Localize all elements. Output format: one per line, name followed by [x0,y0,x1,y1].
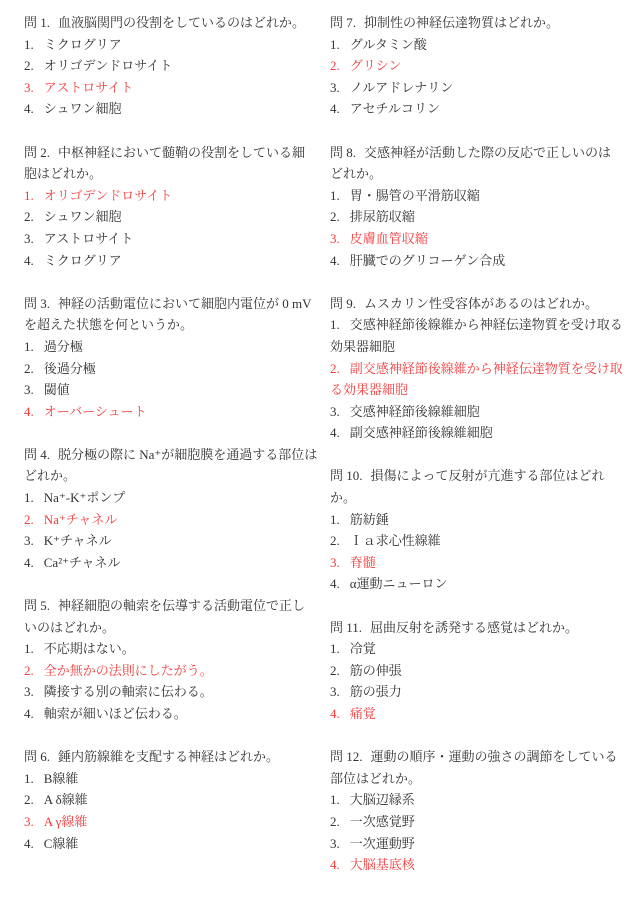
answer-option: 3.脊髄 [330,552,624,574]
answer-option: 1.オリゴデンドロサイト [24,185,318,207]
option-number: 1. [330,641,340,656]
option-number: 1. [24,37,34,52]
question-block: 問 3.神経の活動電位において細胞内電位が 0 mVを超えた状態を何というか。1… [24,293,318,423]
option-text: Ca²⁺チャネル [44,555,121,570]
answer-option: 3.アストロサイト [24,77,318,99]
option-text: A δ線維 [44,792,88,807]
option: 3.K⁺チャネル [24,530,318,552]
question-text: 神経の活動電位において細胞内電位が 0 mVを超えた状態を何というか。 [24,296,312,333]
option-number: 3. [330,80,340,95]
question-number: 問 12. [330,749,363,764]
option: 1.冷覚 [330,638,624,660]
option-text: Ｉａ求心性線維 [350,533,441,548]
option: 2.排尿筋収縮 [330,206,624,228]
option-text: オリゴデンドロサイト [44,58,173,73]
option: 3.アストロサイト [24,228,318,250]
option-number: 4. [24,404,34,419]
option: 2.シュワン細胞 [24,206,318,228]
question-number: 問 11. [330,620,362,635]
question-number: 問 6. [24,749,50,764]
question-block: 問 10.損傷によって反射が亢進する部位はどれか。1.筋紡錘2.Ｉａ求心性線維3… [330,465,624,595]
option-number: 1. [24,490,34,505]
option-text: アストロサイト [44,231,134,246]
option-text: 肝臓でのグリコーゲン合成 [350,253,505,268]
option: 4.肝臓でのグリコーゲン合成 [330,250,624,272]
question-number: 問 1. [24,15,50,30]
option-text: ノルアドレナリン [350,80,453,95]
question-title: 問 11.屈曲反射を誘発する感覚はどれか。 [330,617,624,639]
option-text: 大脳基底核 [350,857,415,872]
option-text: α運動ニューロン [350,576,448,591]
question-text: 屈曲反射を誘発する感覚はどれか。 [370,620,578,635]
question-text: 運動の順序・運動の強さの調節をしている部位はどれか。 [330,749,618,786]
option-text: オリゴデンドロサイト [44,188,173,203]
option-text: オーバーシュート [44,404,147,419]
option-text: 痛覚 [350,706,376,721]
option-number: 3. [330,404,340,419]
option-text: Na⁺チャネル [44,512,118,527]
option-number: 2. [330,814,340,829]
option-number: 3. [330,231,340,246]
option: 1.Na⁺-K⁺ポンプ [24,487,318,509]
question-text: 抑制性の神経伝達物質はどれか。 [364,15,559,30]
option-number: 4. [24,555,34,570]
option-number: 2. [24,58,34,73]
option-text: K⁺チャネル [44,533,112,548]
question-number: 問 7. [330,15,356,30]
question-title: 問 10.損傷によって反射が亢進する部位はどれか。 [330,465,624,508]
question-block: 問 9.ムスカリン性受容体があるのはどれか。1.交感神経節後線維から神経伝達物質… [330,293,624,444]
question-number: 問 4. [24,447,50,462]
option-number: 4. [330,101,340,116]
question-title: 問 6.錘内筋線維を支配する神経はどれか。 [24,746,318,768]
option: 4.C線維 [24,833,318,855]
option-text: 交感神経節後線維細胞 [350,404,480,419]
option-text: 副交感神経節後線維細胞 [350,425,493,440]
question-block: 問 6.錘内筋線維を支配する神経はどれか。1.B線維2.A δ線維3.A γ線維… [24,746,318,854]
question-title: 問 3.神経の活動電位において細胞内電位が 0 mVを超えた状態を何というか。 [24,293,318,336]
question-title: 問 9.ムスカリン性受容体があるのはどれか。 [330,293,624,315]
option-text: A γ線維 [44,814,88,829]
option: 2.一次感覚野 [330,811,624,833]
right-column: 問 7.抑制性の神経伝達物質はどれか。1.グルタミン酸2.グリシン3.ノルアドレ… [330,12,624,897]
option-text: 閾値 [44,382,70,397]
option-text: Na⁺-K⁺ポンプ [44,490,126,505]
left-column: 問 1.血液脳関門の役割をしているのはどれか。1.ミクログリア2.オリゴデンドロ… [24,12,318,897]
option: 1.B線維 [24,768,318,790]
option-number: 4. [24,706,34,721]
option-text: 交感神経節後線維から神経伝達物質を受け取る効果器細胞 [330,317,623,354]
option-number: 3. [24,80,34,95]
option-text: 筋の伸張 [350,663,402,678]
option-text: シュワン細胞 [44,209,122,224]
option: 1.胃・腸管の平滑筋収縮 [330,185,624,207]
option-text: アセチルコリン [350,101,440,116]
answer-option: 2.全か無かの法則にしたがう。 [24,660,318,682]
option-number: 3. [330,836,340,851]
option: 1.グルタミン酸 [330,34,624,56]
option: 1.不応期はない。 [24,638,318,660]
question-number: 問 8. [330,145,356,160]
option-number: 4. [24,836,34,851]
option-text: B線維 [44,771,79,786]
option-text: ミクログリア [44,253,122,268]
option-number: 2. [330,58,340,73]
option-text: 後過分極 [44,361,96,376]
option-text: 一次運動野 [350,836,415,851]
question-block: 問 4.脱分極の際に Na⁺が細胞膜を通過する部位はどれか。1.Na⁺-K⁺ポン… [24,444,318,574]
option-number: 2. [24,663,34,678]
option-text: ミクログリア [44,37,122,52]
option-number: 1. [330,37,340,52]
option-text: グルタミン酸 [350,37,427,52]
answer-option: 3.A γ線維 [24,811,318,833]
option: 3.隣接する別の軸索に伝わる。 [24,681,318,703]
option-number: 2. [330,361,340,376]
option-text: C線維 [44,836,79,851]
question-block: 問 11.屈曲反射を誘発する感覚はどれか。1.冷覚2.筋の伸張3.筋の張力4.痛… [330,617,624,725]
question-text: 神経細胞の軸索を伝導する活動電位で正しいのはどれか。 [24,598,305,635]
question-title: 問 7.抑制性の神経伝達物質はどれか。 [330,12,624,34]
answer-option: 2.副交感神経節後線維から神経伝達物質を受け取る効果器細胞 [330,358,624,401]
answer-option: 2.Na⁺チャネル [24,509,318,531]
option-number: 3. [24,814,34,829]
question-number: 問 5. [24,598,50,613]
option: 4.アセチルコリン [330,98,624,120]
question-block: 問 12.運動の順序・運動の強さの調節をしている部位はどれか。1.大脳辺縁系2.… [330,746,624,876]
option: 4.Ca²⁺チャネル [24,552,318,574]
option-text: 筋紡錘 [350,512,389,527]
answer-option: 4.痛覚 [330,703,624,725]
option-text: 皮膚血管収縮 [350,231,428,246]
option-text: 隣接する別の軸索に伝わる。 [44,684,213,699]
option: 4.シュワン細胞 [24,98,318,120]
option-number: 4. [330,857,340,872]
option: 2.後過分極 [24,358,318,380]
option-text: 過分極 [44,339,83,354]
option-text: 冷覚 [350,641,376,656]
answer-option: 4.大脳基底核 [330,854,624,876]
question-title: 問 8.交感神経が活動した際の反応で正しいのはどれか。 [330,142,624,185]
option-text: グリシン [350,58,402,73]
question-text: ムスカリン性受容体があるのはどれか。 [364,296,598,311]
answer-option: 2.グリシン [330,55,624,77]
option-number: 3. [24,684,34,699]
question-block: 問 8.交感神経が活動した際の反応で正しいのはどれか。1.胃・腸管の平滑筋収縮2… [330,142,624,272]
option-text: 軸索が細いほど伝わる。 [44,706,187,721]
option-text: 一次感覚野 [350,814,415,829]
question-text: 錘内筋線維を支配する神経はどれか。 [58,749,279,764]
option-text: 排尿筋収縮 [350,209,415,224]
question-text: 交感神経が活動した際の反応で正しいのはどれか。 [330,145,611,182]
option-number: 4. [24,101,34,116]
option-text: 胃・腸管の平滑筋収縮 [350,188,480,203]
option: 1.ミクログリア [24,34,318,56]
option-text: 脊髄 [350,555,376,570]
option: 3.閾値 [24,379,318,401]
quiz-page: 問 1.血液脳関門の役割をしているのはどれか。1.ミクログリア2.オリゴデンドロ… [0,0,639,897]
option-text: 大脳辺縁系 [350,792,415,807]
option: 4.副交感神経節後線維細胞 [330,422,624,444]
question-block: 問 7.抑制性の神経伝達物質はどれか。1.グルタミン酸2.グリシン3.ノルアドレ… [330,12,624,120]
question-title: 問 5.神経細胞の軸索を伝導する活動電位で正しいのはどれか。 [24,595,318,638]
option-text: 不応期はない。 [44,641,135,656]
question-title: 問 1.血液脳関門の役割をしているのはどれか。 [24,12,318,34]
answer-option: 3.皮膚血管収縮 [330,228,624,250]
question-block: 問 5.神経細胞の軸索を伝導する活動電位で正しいのはどれか。1.不応期はない。2… [24,595,318,725]
option-text: シュワン細胞 [44,101,122,116]
option-number: 3. [24,382,34,397]
option: 2.A δ線維 [24,789,318,811]
option-number: 2. [330,663,340,678]
option-number: 4. [330,706,340,721]
question-number: 問 2. [24,145,50,160]
question-text: 中枢神経において髄鞘の役割をしている細胞はどれか。 [24,145,305,182]
option-text: 全か無かの法則にしたがう。 [44,663,213,678]
option-number: 3. [24,231,34,246]
quiz-document: { "document": { "background": "#ffffff",… [0,0,639,906]
option-text: アストロサイト [44,80,134,95]
question-text: 脱分極の際に Na⁺が細胞膜を通過する部位はどれか。 [24,447,317,484]
option: 2.オリゴデンドロサイト [24,55,318,77]
option: 2.筋の伸張 [330,660,624,682]
option: 3.一次運動野 [330,833,624,855]
question-title: 問 12.運動の順序・運動の強さの調節をしている部位はどれか。 [330,746,624,789]
question-title: 問 4.脱分極の際に Na⁺が細胞膜を通過する部位はどれか。 [24,444,318,487]
question-text: 損傷によって反射が亢進する部位はどれか。 [330,468,605,505]
option-number: 4. [24,253,34,268]
option-number: 1. [330,512,340,527]
option-number: 1. [330,317,340,332]
question-block: 問 2.中枢神経において髄鞘の役割をしている細胞はどれか。1.オリゴデンドロサイ… [24,142,318,272]
option-number: 3. [330,684,340,699]
option-number: 1. [24,641,34,656]
option-number: 2. [24,792,34,807]
option-number: 2. [330,533,340,548]
option-text: 筋の張力 [350,684,402,699]
option-number: 1. [330,188,340,203]
option-number: 4. [330,253,340,268]
question-title: 問 2.中枢神経において髄鞘の役割をしている細胞はどれか。 [24,142,318,185]
option-text: 副交感神経節後線維から神経伝達物質を受け取る効果器細胞 [330,361,623,398]
question-number: 問 3. [24,296,50,311]
option: 1.交感神経節後線維から神経伝達物質を受け取る効果器細胞 [330,314,624,357]
option: 3.筋の張力 [330,681,624,703]
option-number: 3. [330,555,340,570]
option-number: 2. [24,361,34,376]
option-number: 1. [330,792,340,807]
question-number: 問 10. [330,468,363,483]
question-block: 問 1.血液脳関門の役割をしているのはどれか。1.ミクログリア2.オリゴデンドロ… [24,12,318,120]
option: 3.ノルアドレナリン [330,77,624,99]
option-number: 3. [24,533,34,548]
option: 4.α運動ニューロン [330,573,624,595]
option-number: 1. [24,188,34,203]
option: 1.過分極 [24,336,318,358]
option: 1.筋紡錘 [330,509,624,531]
option-number: 1. [24,339,34,354]
question-number: 問 9. [330,296,356,311]
option-number: 2. [24,209,34,224]
option-number: 2. [330,209,340,224]
question-text: 血液脳関門の役割をしているのはどれか。 [58,15,305,30]
option: 3.交感神経節後線維細胞 [330,401,624,423]
answer-option: 4.オーバーシュート [24,401,318,423]
option: 2.Ｉａ求心性線維 [330,530,624,552]
option-number: 1. [24,771,34,786]
option-number: 4. [330,425,340,440]
option-number: 2. [24,512,34,527]
option: 4.軸索が細いほど伝わる。 [24,703,318,725]
option: 1.大脳辺縁系 [330,789,624,811]
option-number: 4. [330,576,340,591]
option: 4.ミクログリア [24,250,318,272]
